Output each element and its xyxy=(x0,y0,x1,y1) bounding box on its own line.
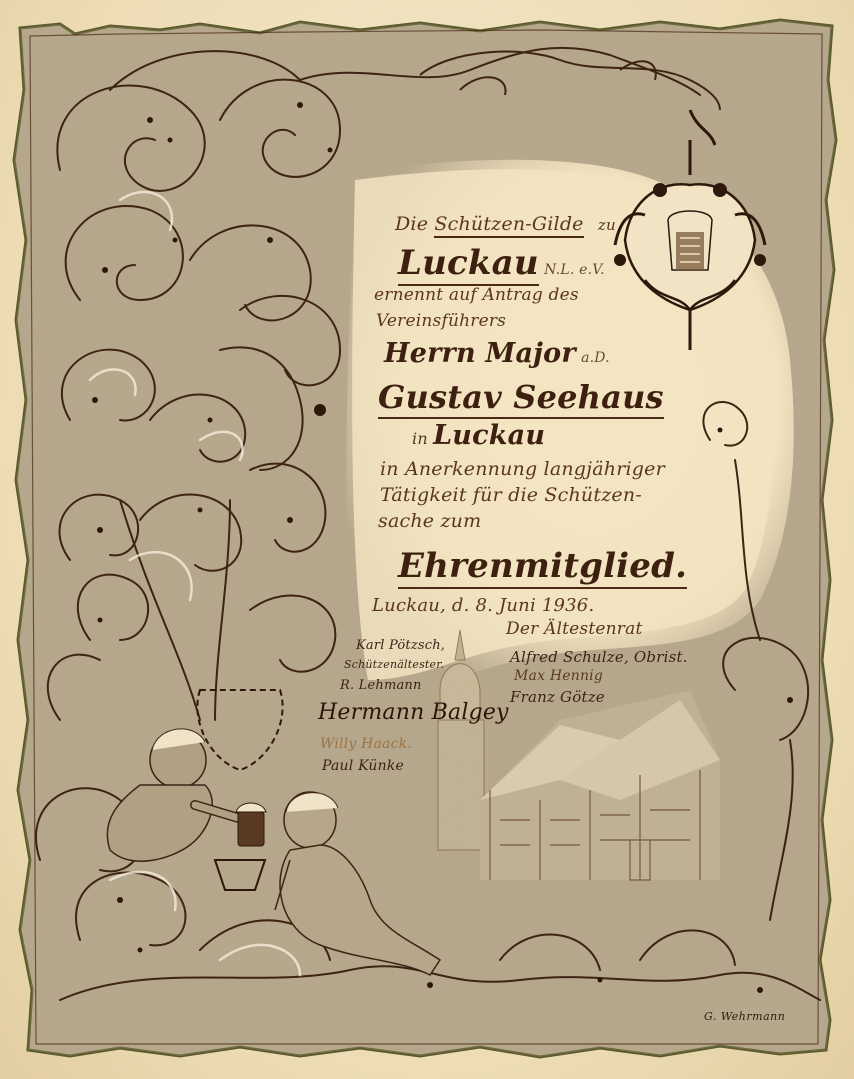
honoree-title-suffix: a.D. xyxy=(581,350,610,366)
certificate-line-1: Die Schützen-Gilde zu xyxy=(395,213,616,235)
honoree-title-line: Herrn Major a.D. xyxy=(384,338,610,369)
residence-prefix: in xyxy=(412,429,428,448)
artist-signature: G. Wehrmann xyxy=(704,1010,785,1023)
town-name: Luckau xyxy=(398,243,539,286)
certificate-line-3: ernennt auf Antrag des xyxy=(374,285,579,305)
reason-line-3: sache zum xyxy=(378,510,481,532)
honoree-title: Herrn Major xyxy=(384,338,576,369)
council-label: Der Ältestenrat xyxy=(506,619,643,639)
council-signature-3: Franz Götze xyxy=(510,688,605,706)
left-signature-6: Paul Künke xyxy=(322,758,404,774)
line1-prefix: Die xyxy=(395,213,428,235)
reason-line-2: Tätigkeit für die Schützen- xyxy=(380,484,642,506)
line1-suffix: zu xyxy=(598,216,616,234)
left-signature-2: Schützenältester. xyxy=(344,658,444,671)
council-signature-2: Max Hennig xyxy=(514,668,603,684)
certificate-line-4: Vereinsführers xyxy=(376,311,506,331)
certificate-artwork xyxy=(0,0,854,1079)
guild-name: Schützen-Gilde xyxy=(434,213,583,238)
honor-title: Ehrenmitglied. xyxy=(398,546,687,589)
left-signature-4: Hermann Balgey xyxy=(318,700,509,725)
reason-line-1: in Anerkennung langjähriger xyxy=(380,458,665,480)
place-date: Luckau, d. 8. Juni 1936. xyxy=(372,595,594,616)
honoree-name: Gustav Seehaus xyxy=(378,378,664,419)
certificate-page: Die Schützen-Gilde zu Luckau N.L. e.V. e… xyxy=(0,0,854,1079)
certificate-town-line: Luckau N.L. e.V. xyxy=(398,243,605,283)
council-signature-1: Alfred Schulze, Obrist. xyxy=(510,648,688,666)
residence-town: Luckau xyxy=(433,420,545,451)
left-signature-5: Willy Haack. xyxy=(320,736,412,752)
town-suffix: N.L. e.V. xyxy=(544,262,605,278)
left-signature-1: Karl Pötzsch, xyxy=(356,638,445,653)
left-signature-3: R. Lehmann xyxy=(340,678,422,693)
residence-line: in Luckau xyxy=(412,420,545,451)
